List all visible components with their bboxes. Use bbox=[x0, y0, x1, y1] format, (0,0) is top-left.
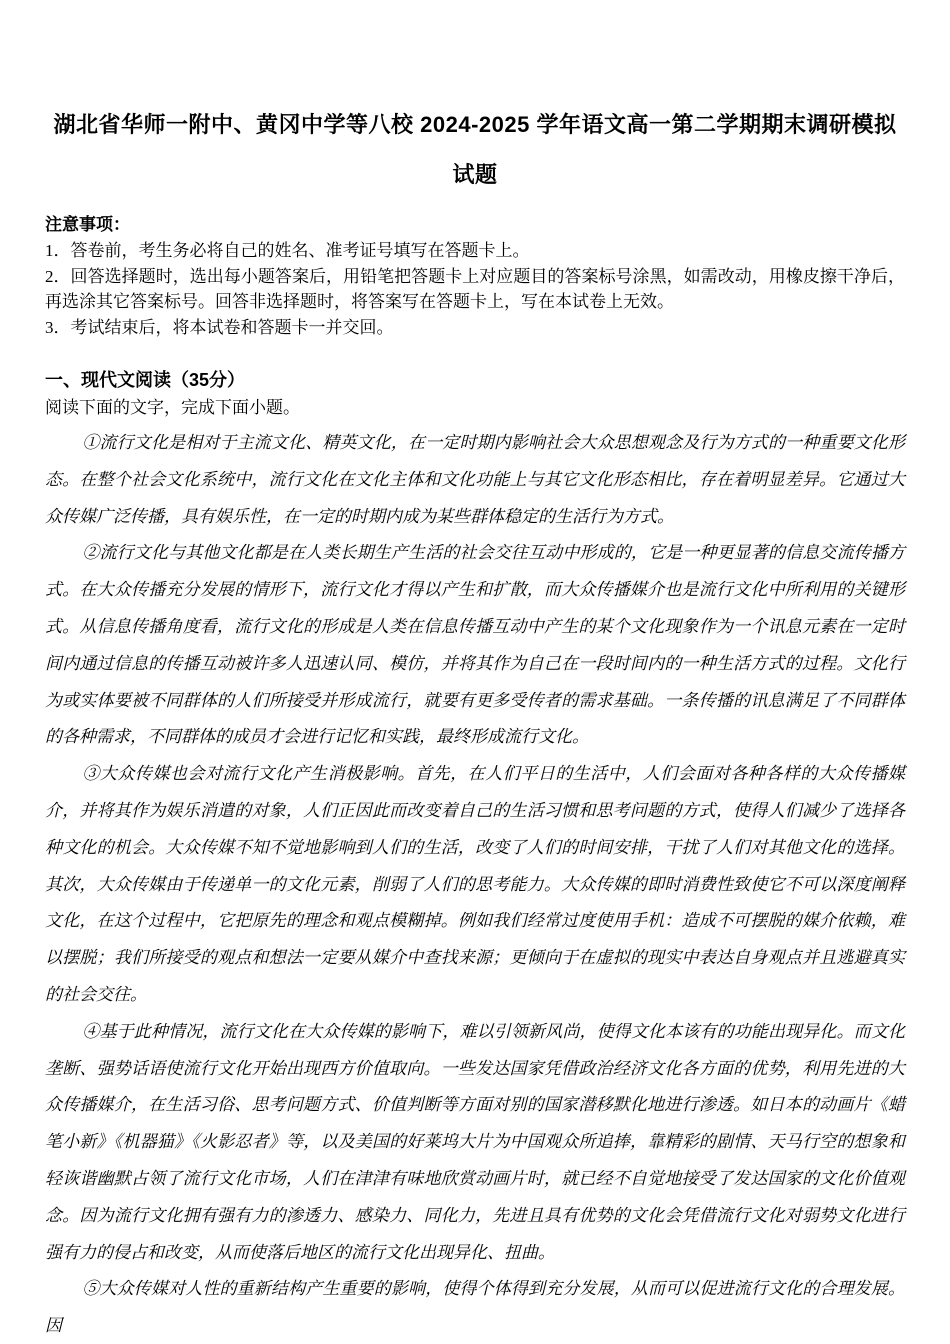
notice-heading: 注意事项： bbox=[45, 212, 905, 238]
section-heading: 一、现代文阅读（35分） bbox=[45, 366, 905, 394]
reading-section: 一、现代文阅读（35分） 阅读下面的文字，完成下面小题。 ①流行文化是相对于主流… bbox=[45, 366, 905, 1344]
notice-item-1: 1．答卷前，考生务必将自己的姓名、准考证号填写在答题卡上。 bbox=[45, 238, 905, 264]
notice-item-3: 3．考试结束后，将本试卷和答题卡一并交回。 bbox=[45, 315, 905, 341]
passage-paragraph-2: ②流行文化与其他文化都是在人类长期生产生活的社会交往互动中形成的，它是一种更显著… bbox=[45, 535, 905, 756]
reading-passage: ①流行文化是相对于主流文化、精英文化，在一定时期内影响社会大众思想观念及行为方式… bbox=[45, 425, 905, 1344]
passage-paragraph-1: ①流行文化是相对于主流文化、精英文化，在一定时期内影响社会大众思想观念及行为方式… bbox=[45, 425, 905, 535]
section-instruction: 阅读下面的文字，完成下面小题。 bbox=[45, 394, 905, 421]
passage-paragraph-3: ③大众传媒也会对流行文化产生消极影响。首先，在人们平日的生活中，人们会面对各种各… bbox=[45, 756, 905, 1014]
exam-paper-page: 湖北省华师一附中、黄冈中学等八校 2024-2025 学年语文高一第二学期期末调… bbox=[0, 0, 950, 1344]
passage-paragraph-5: ⑤大众传媒对人性的重新结构产生重要的影响，使得个体得到充分发展，从而可以促进流行… bbox=[45, 1271, 905, 1344]
notice-item-2: 2．回答选择题时，选出每小题答案后，用铅笔把答题卡上对应题目的答案标号涂黑，如需… bbox=[45, 264, 905, 315]
passage-paragraph-4: ④基于此种情况，流行文化在大众传媒的影响下，难以引领新风尚，使得文化本该有的功能… bbox=[45, 1014, 905, 1272]
paper-title: 湖北省华师一附中、黄冈中学等八校 2024-2025 学年语文高一第二学期期末调… bbox=[45, 100, 905, 200]
notice-section: 注意事项： 1．答卷前，考生务必将自己的姓名、准考证号填写在答题卡上。 2．回答… bbox=[45, 212, 905, 340]
